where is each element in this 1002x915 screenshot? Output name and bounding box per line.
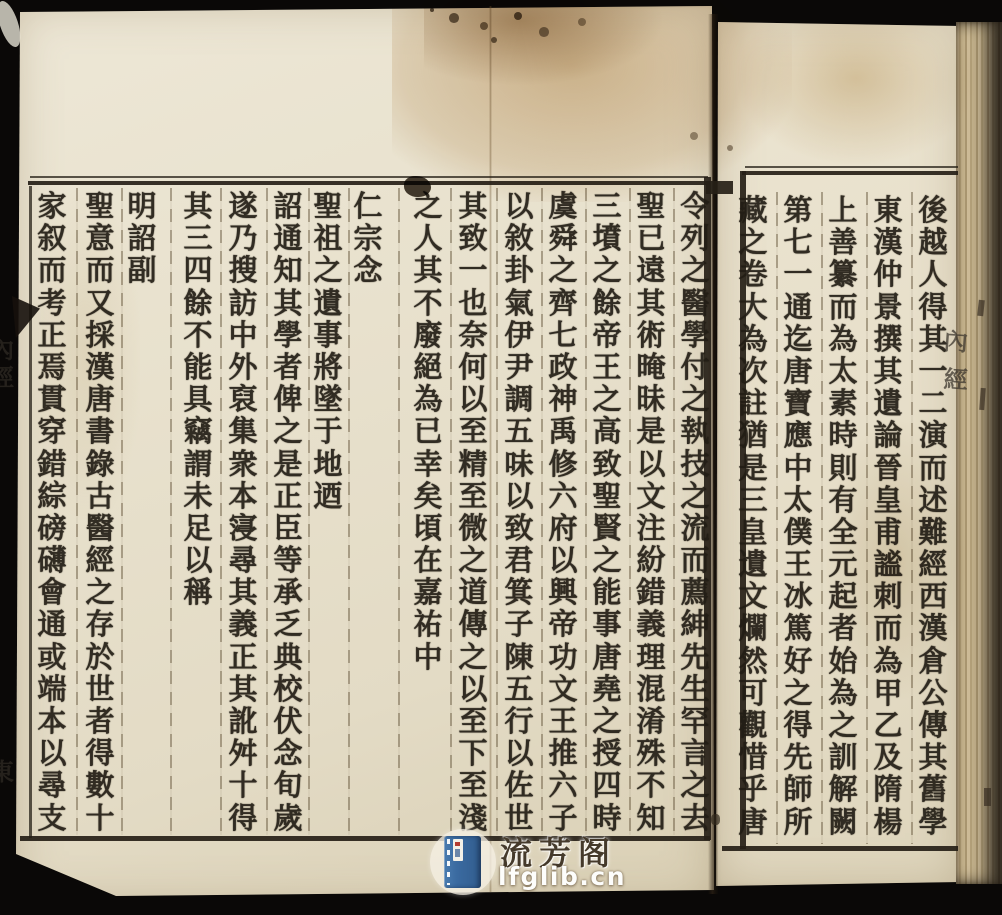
glyph: 傳	[452, 608, 494, 640]
text-column: 令列之醫學付之執技之流而薦紳先生罕言之去	[674, 190, 716, 834]
glyph: 五	[498, 415, 540, 447]
glyph: 興	[542, 576, 584, 608]
glyph: 隋	[867, 773, 909, 805]
glyph: 解	[822, 773, 864, 805]
glyph: 迺	[307, 480, 349, 512]
glyph: 以	[498, 737, 540, 769]
glyph: 後	[912, 194, 954, 226]
glyph: 文	[630, 480, 672, 512]
glyph: 正	[31, 319, 73, 351]
glyph: 十	[79, 802, 121, 834]
glyph: 至	[452, 480, 494, 512]
glyph: 醫	[674, 287, 716, 319]
glyph: 醫	[79, 512, 121, 544]
glyph: 而	[867, 612, 909, 644]
glyph: 謐	[867, 548, 909, 580]
glyph: 大	[732, 291, 774, 323]
glyph: 是	[267, 448, 309, 480]
glyph: 尋	[222, 544, 264, 576]
column-rule	[776, 192, 778, 844]
glyph: 府	[542, 512, 584, 544]
glyph: 西	[912, 580, 954, 612]
glyph: 得	[912, 291, 954, 323]
glyph: 令	[674, 190, 716, 222]
glyph: 本	[31, 705, 73, 737]
glyph: 高	[586, 415, 628, 447]
glyph: 授	[586, 737, 628, 769]
column-rule	[170, 188, 172, 835]
glyph: 箕	[498, 576, 540, 608]
glyph: 寖	[222, 512, 264, 544]
glyph: 注	[630, 512, 672, 544]
book-stitches	[447, 839, 450, 885]
glyph: 之	[674, 383, 716, 415]
glyph: 文	[732, 580, 774, 612]
glyph: 已	[407, 415, 449, 447]
glyph: 迄	[777, 323, 819, 355]
glyph: 乎	[732, 773, 774, 805]
glyph: 旬	[267, 769, 309, 801]
column-rule	[76, 188, 78, 835]
glyph: 意	[79, 222, 121, 254]
glyph: 推	[542, 737, 584, 769]
glyph: 伏	[267, 705, 309, 737]
glyph: 善	[822, 226, 864, 258]
glyph: 絕	[407, 351, 449, 383]
glyph: 不	[630, 769, 672, 801]
fore-edge-title-fragment: 經	[943, 359, 969, 396]
glyph: 以	[31, 737, 73, 769]
glyph: 四	[177, 254, 219, 286]
glyph: 事	[307, 319, 349, 351]
glyph: 君	[498, 544, 540, 576]
glyph: 乏	[267, 608, 309, 640]
glyph: 精	[452, 448, 494, 480]
glyph: 太	[822, 355, 864, 387]
glyph: 之	[586, 544, 628, 576]
glyph: 奈	[452, 319, 494, 351]
glyph: 礴	[31, 544, 73, 576]
glyph: 副	[121, 254, 163, 286]
glyph: 訓	[822, 741, 864, 773]
glyph: 七	[542, 319, 584, 351]
glyph: 謂	[177, 448, 219, 480]
glyph: 之	[407, 190, 449, 222]
glyph: 舊	[912, 773, 954, 805]
text-column: 第七一通迄唐寶應中太僕王冰篤好之得先師所	[777, 194, 819, 838]
glyph: 為	[822, 323, 864, 355]
watermark-site-url: lfglib.cn	[498, 862, 678, 891]
glyph: 遺	[307, 287, 349, 319]
glyph: 以	[177, 544, 219, 576]
column-rule	[585, 188, 587, 835]
glyph: 致	[498, 512, 540, 544]
column-rule	[541, 188, 543, 835]
glyph: 念	[267, 737, 309, 769]
glyph: 之	[586, 705, 628, 737]
glyph: 四	[586, 769, 628, 801]
glyph: 乃	[222, 222, 264, 254]
glyph: 宗	[347, 222, 389, 254]
glyph: 一	[452, 254, 494, 286]
glyph: 素	[822, 387, 864, 419]
glyph: 為	[732, 323, 774, 355]
glyph: 錯	[630, 576, 672, 608]
glyph: 虞	[542, 190, 584, 222]
glyph: 所	[777, 806, 819, 838]
left-edge-fragment: 東	[0, 752, 14, 787]
glyph: 生	[674, 673, 716, 705]
glyph: 應	[777, 419, 819, 451]
text-column: 詔通知其學者俾之是正臣等承乏典校伏念旬歲	[267, 190, 309, 834]
glyph: 晻	[630, 351, 672, 383]
glyph: 文	[542, 673, 584, 705]
glyph: 未	[177, 480, 219, 512]
glyph: 以	[498, 190, 540, 222]
glyph: 寶	[777, 387, 819, 419]
glyph: 不	[407, 287, 449, 319]
glyph: 晉	[867, 452, 909, 484]
glyph: 猶	[732, 419, 774, 451]
glyph: 難	[912, 516, 954, 548]
glyph: 考	[31, 287, 73, 319]
glyph: 及	[867, 741, 909, 773]
glyph: 殊	[630, 737, 672, 769]
text-column: 東漢仲景撰其遺論晉皇甫謐刺而為甲乙及隋楊	[867, 194, 909, 838]
glyph: 俾	[267, 383, 309, 415]
glyph: 餘	[177, 287, 219, 319]
column-rule	[220, 188, 222, 835]
glyph: 地	[307, 448, 349, 480]
glyph: 三	[732, 484, 774, 516]
column-rule	[450, 188, 452, 835]
glyph: 卷	[732, 258, 774, 290]
glyph: 甲	[867, 677, 909, 709]
glyph: 皇	[732, 516, 774, 548]
glyph: 演	[912, 419, 954, 451]
glyph: 伊	[498, 319, 540, 351]
glyph: 義	[222, 608, 264, 640]
glyph: 第	[777, 194, 819, 226]
glyph: 楊	[867, 806, 909, 838]
column-rule	[629, 188, 631, 835]
column-rule	[121, 188, 123, 835]
text-column: 之人其不廢絕為已幸矣頃在嘉祐中	[407, 190, 449, 673]
glyph: 之	[674, 254, 716, 286]
glyph: 列	[674, 222, 716, 254]
right-page-frame-bottom	[722, 846, 958, 851]
glyph: 在	[407, 544, 449, 576]
text-column: 藏之卷大為次註猶是三皇遺文爛然可觀惜乎唐	[732, 194, 774, 838]
glyph: 一	[777, 258, 819, 290]
column-rule	[673, 188, 675, 835]
glyph: 訛	[222, 705, 264, 737]
glyph: 遂	[222, 190, 264, 222]
glyph: 紛	[630, 544, 672, 576]
column-rule	[911, 192, 913, 844]
glyph: 罕	[674, 705, 716, 737]
glyph: 典	[267, 641, 309, 673]
glyph: 其	[867, 355, 909, 387]
glyph: 臣	[267, 512, 309, 544]
glyph: 事	[586, 608, 628, 640]
glyph: 薦	[674, 576, 716, 608]
glyph: 師	[777, 773, 819, 805]
glyph: 全	[822, 516, 864, 548]
glyph: 本	[222, 480, 264, 512]
glyph: 王	[586, 351, 628, 383]
glyph: 致	[586, 448, 628, 480]
glyph: 其	[912, 741, 954, 773]
glyph: 等	[267, 544, 309, 576]
glyph: 纂	[822, 258, 864, 290]
glyph: 微	[452, 512, 494, 544]
glyph: 中	[777, 452, 819, 484]
glyph: 之	[542, 254, 584, 286]
glyph: 之	[822, 709, 864, 741]
glyph: 聖	[307, 190, 349, 222]
glyph: 昧	[630, 383, 672, 415]
glyph: 然	[732, 645, 774, 677]
glyph: 皇	[867, 484, 909, 516]
glyph: 矣	[407, 480, 449, 512]
glyph: 帝	[586, 319, 628, 351]
glyph: 是	[630, 415, 672, 447]
glyph: 乙	[867, 709, 909, 741]
glyph: 遺	[732, 548, 774, 580]
glyph: 校	[267, 673, 309, 705]
text-column: 聖意而又採漢唐書錄古醫經之存於世者得數十	[79, 190, 121, 834]
glyph: 六	[542, 480, 584, 512]
glyph: 景	[867, 291, 909, 323]
glyph: 藏	[732, 194, 774, 226]
glyph: 僕	[777, 516, 819, 548]
glyph: 淆	[630, 705, 672, 737]
column-rule	[496, 188, 498, 835]
glyph: 為	[822, 677, 864, 709]
glyph: 三	[177, 222, 219, 254]
glyph: 次	[732, 355, 774, 387]
glyph: 刺	[867, 580, 909, 612]
glyph: 經	[912, 548, 954, 580]
glyph: 可	[732, 677, 774, 709]
text-column: 虞舜之齊七政神禹修六府以興帝功文王推六子	[542, 190, 584, 834]
glyph: 正	[222, 641, 264, 673]
column-rule	[821, 192, 823, 844]
glyph: 得	[79, 737, 121, 769]
glyph: 採	[79, 319, 121, 351]
glyph: 至	[452, 705, 494, 737]
glyph: 其	[630, 287, 672, 319]
glyph: 以	[542, 544, 584, 576]
glyph: 聖	[79, 190, 121, 222]
glyph: 修	[542, 448, 584, 480]
glyph: 知	[267, 254, 309, 286]
glyph: 搜	[222, 254, 264, 286]
glyph: 冰	[777, 580, 819, 612]
glyph: 陳	[498, 641, 540, 673]
glyph: 學	[267, 319, 309, 351]
glyph: 調	[498, 383, 540, 415]
glyph: 公	[912, 677, 954, 709]
glyph: 得	[222, 802, 264, 834]
glyph: 十	[222, 769, 264, 801]
glyph: 中	[222, 319, 264, 351]
glyph: 者	[79, 705, 121, 737]
fore-edge-title-fragment: 內	[943, 321, 969, 358]
glyph: 念	[347, 254, 389, 286]
glyph: 其	[452, 190, 494, 222]
glyph: 唐	[777, 355, 819, 387]
glyph: 之	[586, 383, 628, 415]
glyph: 焉	[31, 351, 73, 383]
glyph: 之	[777, 677, 819, 709]
glyph: 學	[674, 319, 716, 351]
glyph: 之	[586, 254, 628, 286]
fore-edge-page-stack	[956, 22, 1002, 884]
text-column: 上善纂而為太素時則有全元起者始為之訓解闕	[822, 194, 864, 838]
glyph: 太	[777, 484, 819, 516]
glyph: 於	[79, 641, 121, 673]
glyph: 通	[777, 291, 819, 323]
glyph: 唐	[586, 641, 628, 673]
glyph: 執	[674, 415, 716, 447]
glyph: 綜	[31, 480, 73, 512]
glyph: 六	[542, 769, 584, 801]
right-page-frame-top	[742, 171, 958, 175]
glyph: 堯	[586, 673, 628, 705]
glyph: 賢	[586, 512, 628, 544]
glyph: 撰	[867, 323, 909, 355]
glyph: 王	[542, 705, 584, 737]
glyph: 道	[452, 576, 494, 608]
text-column: 以敘卦氣伊尹調五味以致君箕子陳五行以佐世	[498, 190, 540, 834]
glyph: 而	[79, 254, 121, 286]
glyph: 甫	[867, 516, 909, 548]
glyph: 仲	[867, 258, 909, 290]
glyph: 仁	[347, 190, 389, 222]
glyph: 正	[267, 480, 309, 512]
glyph: 好	[777, 645, 819, 677]
glyph: 註	[732, 387, 774, 419]
glyph: 之	[79, 576, 121, 608]
glyph: 至	[452, 769, 494, 801]
glyph: 墳	[586, 222, 628, 254]
glyph: 尋	[31, 769, 73, 801]
glyph: 外	[222, 351, 264, 383]
glyph: 其	[222, 576, 264, 608]
glyph: 數	[79, 769, 121, 801]
glyph: 三	[586, 190, 628, 222]
glyph: 敘	[498, 222, 540, 254]
glyph: 人	[407, 222, 449, 254]
glyph: 倉	[912, 645, 954, 677]
glyph: 又	[79, 287, 121, 319]
left-edge-fragment: 經	[0, 358, 14, 393]
glyph: 功	[542, 641, 584, 673]
glyph: 之	[732, 226, 774, 258]
glyph: 不	[177, 319, 219, 351]
left-page-frame-top-thin	[30, 176, 708, 178]
glyph: 闕	[822, 806, 864, 838]
glyph: 付	[674, 351, 716, 383]
glyph: 人	[912, 258, 954, 290]
glyph: 明	[121, 190, 163, 222]
column-rule	[266, 188, 268, 835]
glyph: 以	[498, 480, 540, 512]
stitched-book-icon	[444, 836, 481, 888]
glyph: 起	[822, 580, 864, 612]
glyph: 餘	[586, 287, 628, 319]
glyph: 也	[452, 287, 494, 319]
glyph: 足	[177, 512, 219, 544]
glyph: 漢	[867, 226, 909, 258]
glyph: 元	[822, 548, 864, 580]
book-title-label	[453, 839, 463, 861]
glyph: 漢	[912, 612, 954, 644]
glyph: 爛	[732, 612, 774, 644]
glyph: 衆	[222, 448, 264, 480]
glyph: 竊	[177, 415, 219, 447]
glyph: 之	[674, 769, 716, 801]
glyph: 家	[31, 190, 73, 222]
glyph: 存	[79, 608, 121, 640]
glyph: 技	[674, 448, 716, 480]
glyph: 聖	[586, 480, 628, 512]
glyph: 稱	[177, 576, 219, 608]
glyph: 之	[452, 641, 494, 673]
glyph: 而	[31, 254, 73, 286]
glyph: 書	[79, 415, 121, 447]
glyph: 集	[222, 415, 264, 447]
glyph: 其	[177, 190, 219, 222]
glyph: 以	[630, 448, 672, 480]
glyph: 頃	[407, 512, 449, 544]
glyph: 通	[31, 608, 73, 640]
glyph: 卦	[498, 254, 540, 286]
column-rule	[398, 188, 400, 835]
text-column: 明詔副	[121, 190, 163, 287]
glyph: 詔	[267, 190, 309, 222]
glyph: 錄	[79, 448, 121, 480]
glyph: 祖	[307, 222, 349, 254]
glyph: 觀	[732, 709, 774, 741]
glyph: 通	[267, 222, 309, 254]
glyph: 舛	[222, 737, 264, 769]
glyph: 術	[630, 319, 672, 351]
glyph: 于	[307, 415, 349, 447]
glyph: 佐	[498, 769, 540, 801]
glyph: 之	[674, 480, 716, 512]
glyph: 貫	[31, 383, 73, 415]
glyph: 篤	[777, 612, 819, 644]
glyph: 能	[177, 351, 219, 383]
glyph: 具	[177, 383, 219, 415]
glyph: 經	[79, 544, 121, 576]
glyph: 述	[912, 484, 954, 516]
glyph: 混	[630, 673, 672, 705]
glyph: 端	[31, 673, 73, 705]
glyph: 先	[777, 741, 819, 773]
glyph: 上	[822, 194, 864, 226]
glyph: 惜	[732, 741, 774, 773]
glyph: 會	[31, 576, 73, 608]
glyph: 言	[674, 737, 716, 769]
glyph: 有	[822, 484, 864, 516]
column-rule	[308, 188, 310, 835]
glyph: 帝	[542, 608, 584, 640]
glyph: 傳	[912, 709, 954, 741]
